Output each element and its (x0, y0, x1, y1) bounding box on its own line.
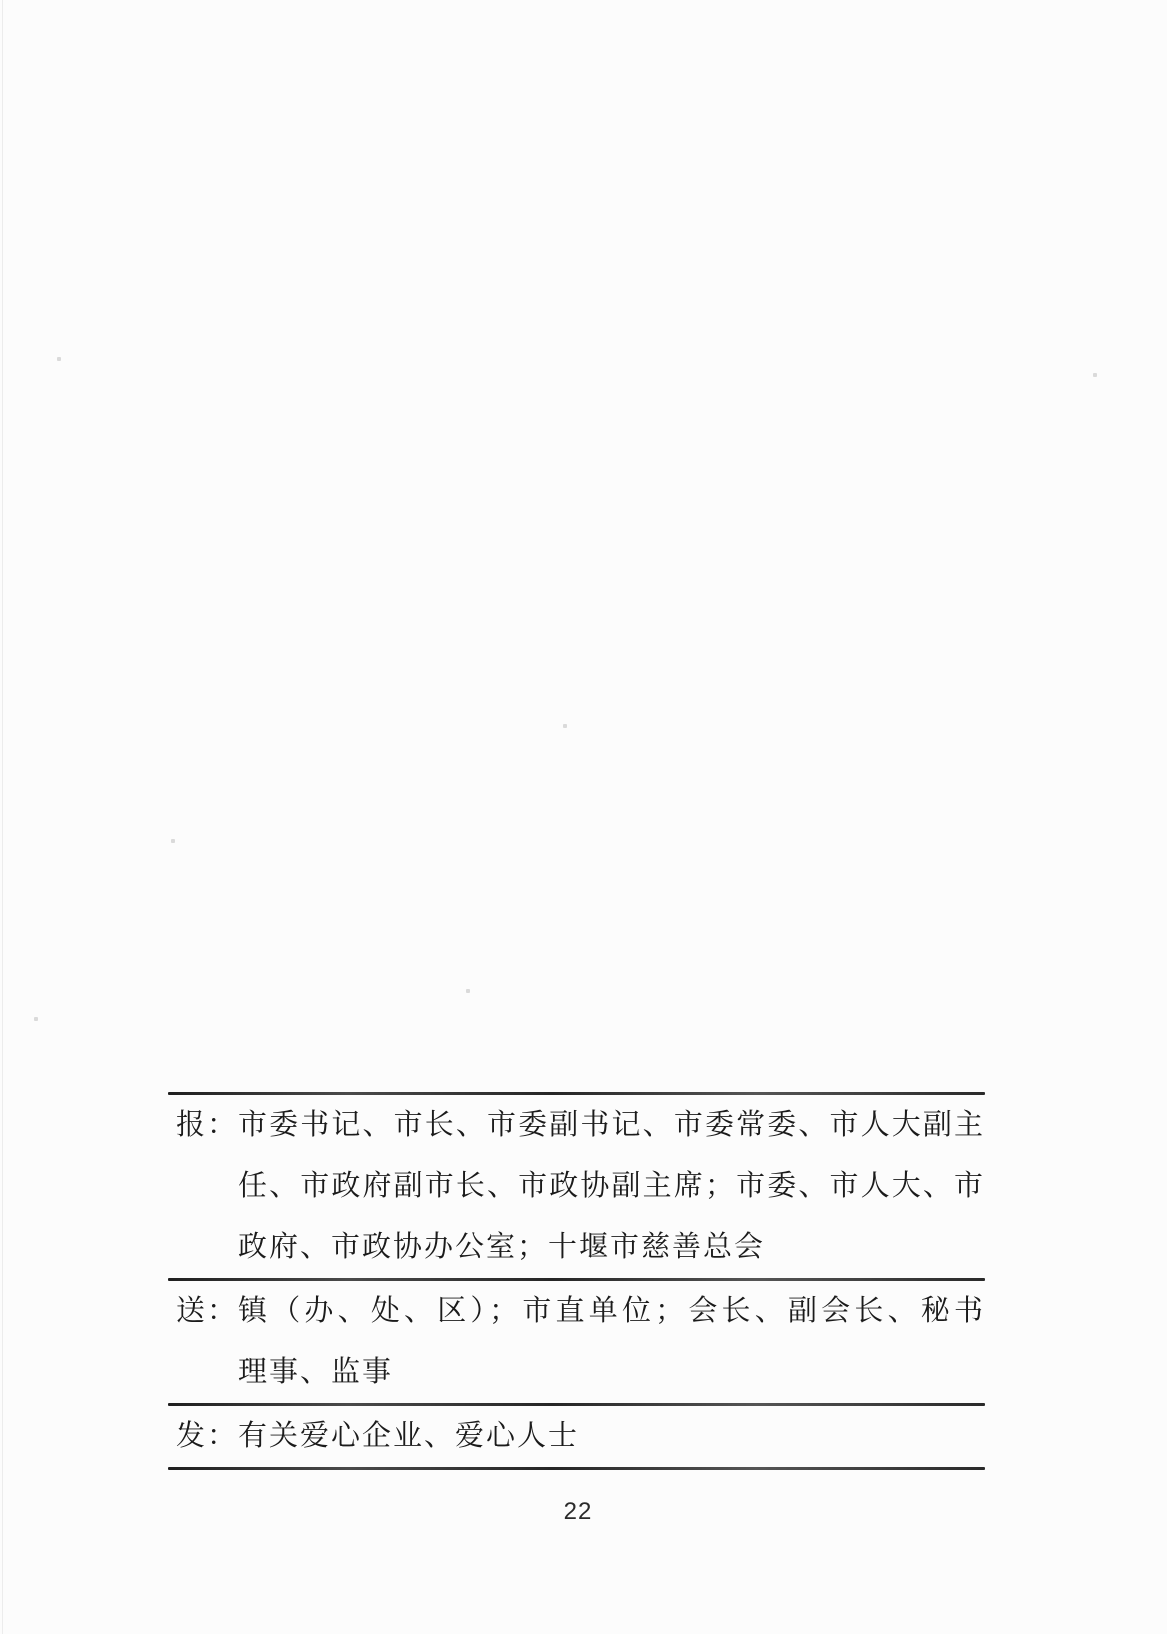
scanned-document-page: { "page": { "number": "22" }, "colors": … (0, 0, 1167, 1634)
entry-line: 市委书记、市长、市委副书记、市委常委、市人大副主 (238, 1095, 985, 1156)
scan-speck (34, 1017, 38, 1021)
scan-speck (171, 839, 175, 843)
scan-speck (563, 724, 567, 728)
distribution-section: 报： 市委书记、市长、市委副书记、市委常委、市人大副主 任、市政府副市长、市政协… (168, 1092, 985, 1470)
entry-line: 有关爱心企业、爱心人士 (238, 1406, 985, 1467)
entry-text-issue: 有关爱心企业、爱心人士 (238, 1406, 985, 1467)
entry-text-report: 市委书记、市长、市委副书记、市委常委、市人大副主 任、市政府副市长、市政协副主席… (238, 1095, 985, 1278)
entry-line: 任、市政府副市长、市政协副主席；市委、市人大、市 (238, 1156, 985, 1217)
scan-speck (57, 357, 61, 361)
scan-speck (466, 989, 470, 993)
scan-edge-artifact (2, 0, 3, 1634)
entry-label-issue: 发： (168, 1406, 238, 1467)
entry-text-send: 镇（办、处、区）；市直单位；会长、副会长、秘书长、 理事、监事 (238, 1281, 985, 1403)
distribution-entry-report: 报： 市委书记、市长、市委副书记、市委常委、市人大副主 任、市政府副市长、市政协… (168, 1095, 985, 1278)
entry-line: 理事、监事 (238, 1342, 985, 1403)
horizontal-rule-bottom (168, 1467, 985, 1470)
entry-label-report: 报： (168, 1095, 238, 1156)
entry-label-send: 送： (168, 1281, 238, 1342)
scan-speck (1093, 373, 1097, 377)
distribution-entry-send: 送： 镇（办、处、区）；市直单位；会长、副会长、秘书长、 理事、监事 (168, 1281, 985, 1403)
entry-line: 政府、市政协办公室；十堰市慈善总会 (238, 1217, 985, 1278)
page-number: 22 (0, 1498, 1156, 1526)
distribution-entry-issue: 发： 有关爱心企业、爱心人士 (168, 1406, 985, 1467)
entry-line: 镇（办、处、区）；市直单位；会长、副会长、秘书长、 (238, 1281, 985, 1342)
